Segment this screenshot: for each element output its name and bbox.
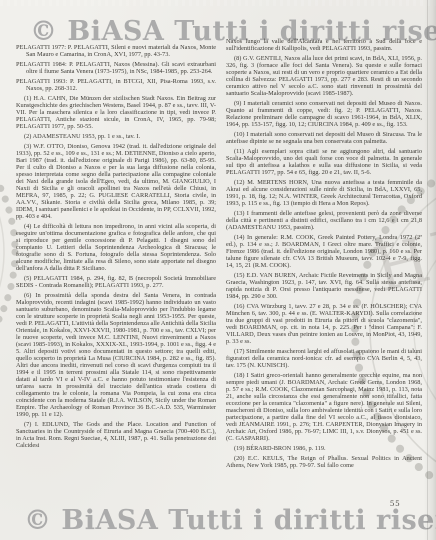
footnote-5: (5) PELAGATTI 1984, p. 294, fig. 82, B (… (16, 275, 216, 289)
footnote-6: (6) In prossimità della sponda destra de… (16, 292, 216, 418)
footnote-17: (17) Similmente mascheroni larghi ed aff… (226, 348, 422, 369)
footnote-10: (10) I materiali sono conservati nei dep… (226, 131, 422, 145)
left-stamp-inner-ring-icon (0, 114, 4, 390)
footnote-16: (16) CVA Würzburg 1, tavv. 27 e 28, p. 3… (226, 303, 422, 345)
bibliography-entry: PELAGATTI 1993: P. PELAGATTI, in BTCGI, … (16, 78, 216, 92)
scanned-journal-page: HR © BiASA Tutti i diritti riservati PEL… (0, 0, 436, 540)
scan-edge-artifact (0, 0, 436, 6)
footnote-2: (2) ADAMESTEANU 1953, pp. 1 e ss., tav. … (16, 133, 216, 140)
footnote-15: (15) E.D. VAN BUREN, Archaic Fictile Rev… (226, 272, 422, 300)
page-edge-shadow (424, 0, 436, 540)
footnote-continuation: Naxos lungo la valle dell'Alcantara e ne… (226, 38, 422, 52)
footnote-8: (8) G.V. GENTILI, Naxos alla luce dei pr… (226, 55, 422, 97)
bibliography-entry: PELAGATTI 1977: P. PELAGATTI, Sileni e n… (16, 44, 216, 58)
footnote-7: (7) I. EDLUND, The Gods and the Place. L… (16, 421, 216, 449)
left-stamp-beaded-ring-icon (0, 103, 15, 401)
footnote-14: (14) In generale: R.M. COOK, Greek Paint… (226, 234, 422, 269)
footnote-4: (4) Le difficoltà di lettura non impedir… (16, 223, 216, 272)
footnote-18: (18) I Satiri greco-orientali hanno gene… (226, 372, 422, 442)
bibliography-entry: PELAGATTI 1984: P. PELAGATTI, Naxos (Mes… (16, 61, 216, 75)
right-text-column: Naxos lungo la valle dell'Alcantara e ne… (226, 38, 422, 493)
footnote-19: (19) BÉRARD-BRON 1986, p. 119. (226, 445, 422, 452)
footnote-20: (20) E.C. KEULS, The Reign of Phallus. S… (226, 455, 422, 469)
footnote-13: (13) I frammenti delle antefisse gelesi,… (226, 210, 422, 231)
watermark-bottom: © BiASA Tutti i diritti riservati (24, 505, 436, 536)
footnote-11: (11) Agli esemplari sopra citati se ne a… (226, 148, 422, 176)
left-text-column: PELAGATTI 1977: P. PELAGATTI, Sileni e n… (16, 44, 216, 499)
footnote-3: (3) W.F. OTTO, Dioniso, Genova 1942 (tra… (16, 143, 216, 220)
footnote-9: (9) I materiali ceramici sono conservati… (226, 100, 422, 128)
footnote-1: (1) H.A. CAHN, Die Münzen der sizilische… (16, 95, 216, 130)
footnote-12: (12) M. MERTENS HORN, Una nuova antefiss… (226, 179, 422, 207)
